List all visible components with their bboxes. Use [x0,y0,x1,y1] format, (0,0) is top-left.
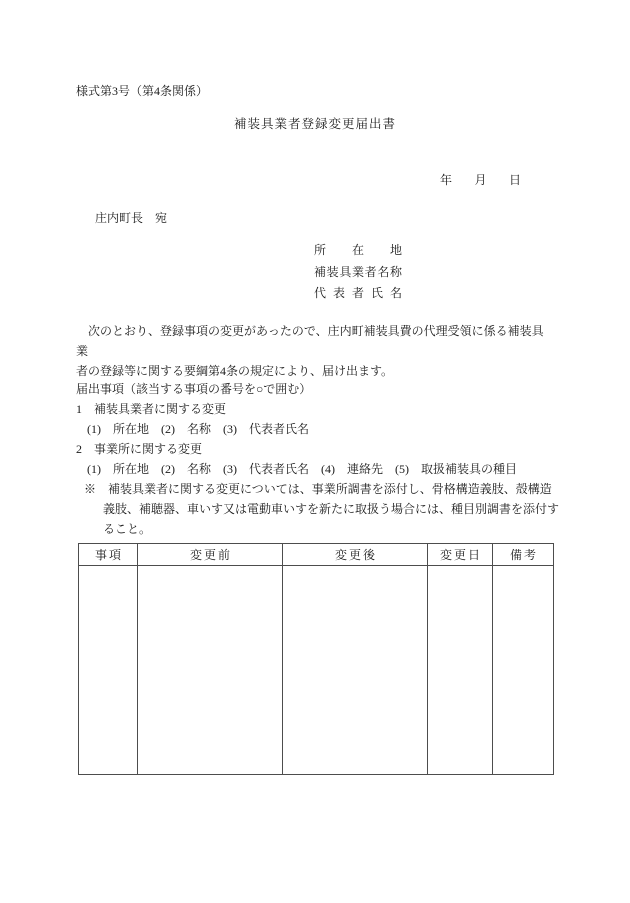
table-header-before-change: 変更前 [138,544,283,566]
sender-dealer-name-label: 補装具業者名称 [314,264,402,286]
sender-representative-label: 代表者氏名 [314,285,402,307]
addressee: 庄内町長 宛 [95,210,167,226]
table-header-after-change: 変更後 [283,544,428,566]
note-line-1: ※ 補装具業者に関する変更については、事業所調書を添付し、骨格構造義肢、殻構造 [76,479,566,499]
table-cell-item [79,566,138,775]
body-paragraph-line-1: 次のとおり、登録事項の変更があったので、庄内町補装具費の代理受領に係る補装具業 [76,321,554,361]
item-2-options: (1) 所在地 (2) 名称 (3) 代表者氏名 (4) 連絡先 (5) 取扱補… [76,459,566,479]
document-page: 様式第3号（第4条関係） 補装具業者登録変更届出書 年 月 日 庄内町長 宛 所… [0,0,630,903]
sender-block: 所在地 補装具業者名称 代表者氏名 [314,242,402,307]
table-header-change-date: 変更日 [428,544,493,566]
body-paragraph-line-2: 者の登録等に関する要綱第4条の規定により、届け出ます。 [76,361,554,381]
table-cell-change-date [428,566,493,775]
change-table: 事項 変更前 変更後 変更日 備考 [78,543,554,775]
table-body-row [79,566,554,775]
sender-address-label: 所在地 [314,242,402,264]
body-paragraph: 次のとおり、登録事項の変更があったので、庄内町補装具費の代理受領に係る補装具業 … [76,321,554,381]
table-cell-before-change [138,566,283,775]
date-day-label: 日 [509,172,521,188]
item-1-label: 1 補装具業者に関する変更 [76,399,566,419]
notification-items: 届出事項（該当する事項の番号を○で囲む） 1 補装具業者に関する変更 (1) 所… [76,379,566,539]
table-header-remarks: 備考 [493,544,554,566]
document-title: 補装具業者登録変更届出書 [0,116,630,132]
table-cell-after-change [283,566,428,775]
notification-items-heading: 届出事項（該当する事項の番号を○で囲む） [76,379,566,399]
table-cell-remarks [493,566,554,775]
table-header-item: 事項 [79,544,138,566]
date-line: 年 月 日 [440,172,521,188]
form-number: 様式第3号（第4条関係） [76,83,208,99]
note-line-3: ること。 [76,519,566,539]
date-year-label: 年 [440,172,452,188]
date-month-label: 月 [474,172,486,188]
item-1-options: (1) 所在地 (2) 名称 (3) 代表者氏名 [76,419,566,439]
item-2-label: 2 事業所に関する変更 [76,439,566,459]
table-header-row: 事項 変更前 変更後 変更日 備考 [79,544,554,566]
note-line-2: 義肢、補聴器、車いす又は電動車いすを新たに取扱う場合には、種目別調書を添付す [76,499,566,519]
